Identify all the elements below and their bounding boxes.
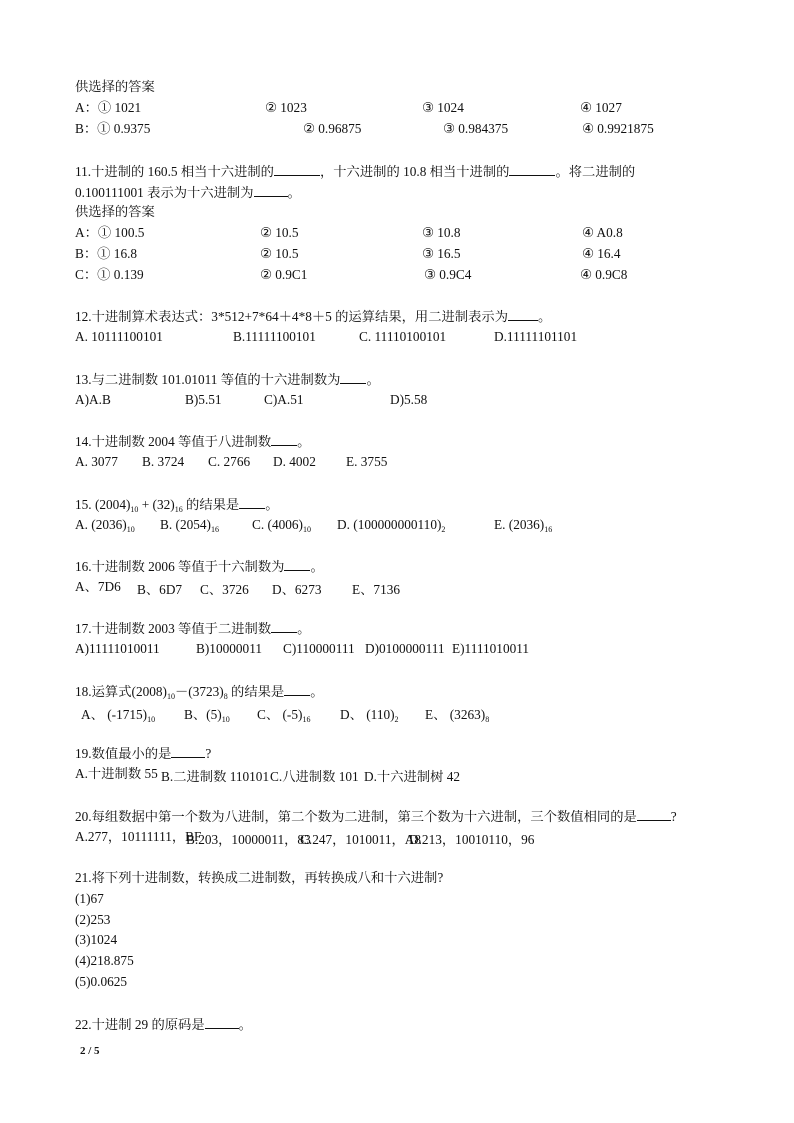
row-prefix: A： xyxy=(75,100,98,115)
option: A.十进制数 55 xyxy=(75,766,158,782)
option: C. 2766 xyxy=(208,454,250,470)
option: B.二进制数 110101 xyxy=(161,766,269,785)
option: C. 11110100101 xyxy=(359,329,446,345)
option: ③ 0.984375 xyxy=(443,121,508,137)
option: E、 (3263)8 xyxy=(425,704,489,723)
answer-blank xyxy=(340,371,366,384)
q11-row-a: A：① 100.5 xyxy=(75,225,144,241)
option: A. (2036)10 xyxy=(75,517,135,533)
question-12: 12.十进制算术表达式：3*512+7*64＋4*8＋5 的运算结果，用二进制表… xyxy=(75,308,551,325)
q11-row-c: C：① 0.139 xyxy=(75,267,144,283)
option: ① 0.9375 xyxy=(97,121,150,136)
list-item: (3)1024 xyxy=(75,932,117,948)
option: C.八进制数 101 xyxy=(270,766,359,785)
question-11-cont: 0.100111001 表示为十六进制为。 xyxy=(75,184,301,201)
option: ② 0.9C1 xyxy=(260,267,307,283)
option: B. 3724 xyxy=(142,454,184,470)
option: ② 10.5 xyxy=(260,246,299,262)
option: B、6D7 xyxy=(137,579,182,598)
option: C. (4006)10 xyxy=(252,517,311,533)
answer-choices-label: 供选择的答案 xyxy=(75,204,155,220)
answer-blank xyxy=(254,184,288,197)
option: E、7136 xyxy=(352,579,400,598)
option: ④ 16.4 xyxy=(582,246,621,262)
answer-blank xyxy=(239,496,265,509)
option: A、7D6 xyxy=(75,579,121,595)
option: ④ A0.8 xyxy=(582,225,623,241)
option: D. (100000000110)2 xyxy=(337,517,445,533)
option: C.247，1010011，A8 xyxy=(300,829,421,848)
option: B. (2054)16 xyxy=(160,517,219,533)
q10-row-b: B：① 0.9375 xyxy=(75,121,150,137)
question-22: 22.十进制 29 的原码是。 xyxy=(75,1016,252,1033)
option: D、6273 xyxy=(272,579,322,598)
answer-blank xyxy=(271,433,297,446)
list-item: (5)0.0625 xyxy=(75,974,127,990)
option: ③ 1024 xyxy=(422,100,464,116)
option: B)10000011 xyxy=(196,641,262,657)
option: C)110000111 xyxy=(283,641,355,657)
option: B、(5)10 xyxy=(184,704,230,723)
question-17: 17.十进制数 2003 等值于二进制数。 xyxy=(75,620,310,637)
option: A.277，10111111，BF xyxy=(75,829,201,845)
option: ② 10.5 xyxy=(260,225,299,241)
list-item: (2)253 xyxy=(75,912,110,928)
row-prefix: B： xyxy=(75,121,97,136)
answer-choices-label: 供选择的答案 xyxy=(75,79,155,95)
option: A、 (-1715)10 xyxy=(81,704,155,723)
question-13: 13.与二进制数 101.01011 等值的十六进制数为。 xyxy=(75,371,380,388)
question-14: 14.十进制数 2004 等值于八进制数。 xyxy=(75,433,310,450)
option: C、3726 xyxy=(200,579,249,598)
option: ③ 16.5 xyxy=(422,246,461,262)
option: A)A.B xyxy=(75,392,111,408)
option: D.十六进制树 42 xyxy=(364,766,460,785)
option: A. 10111100101 xyxy=(75,329,163,345)
option: D)0100000111 xyxy=(365,641,445,657)
answer-blank xyxy=(284,558,310,571)
list-item: (1)67 xyxy=(75,891,104,907)
option: E. (2036)16 xyxy=(494,517,552,533)
option: E)1111010011 xyxy=(452,641,529,657)
option: ② 0.96875 xyxy=(303,121,361,137)
option: B.11111100101 xyxy=(233,329,316,345)
option: A)11111010011 xyxy=(75,641,160,657)
list-item: (4)218.875 xyxy=(75,953,134,969)
question-20: 20.每组数据中第一个数为八进制，第二个数为二进制，第三个数为十六进制，三个数值… xyxy=(75,808,677,825)
page-number: 2 / 5 xyxy=(80,1045,100,1057)
option: ① 1021 xyxy=(98,100,141,115)
answer-blank xyxy=(284,683,310,696)
q11-row-b: B：① 16.8 xyxy=(75,246,137,262)
option: C、 (-5)16 xyxy=(257,704,310,723)
question-21: 21.将下列十进制数，转换成二进制数，再转换成八和十六进制? xyxy=(75,870,443,886)
question-16: 16.十进制数 2006 等值于十六制数为。 xyxy=(75,558,324,575)
option: D、 (110)2 xyxy=(340,704,399,723)
option: D)5.58 xyxy=(390,392,427,408)
answer-blank xyxy=(274,163,320,176)
option: C)A.51 xyxy=(264,392,304,408)
answer-blank xyxy=(637,808,671,821)
option: ④ 0.9921875 xyxy=(582,121,654,137)
option: ③ 10.8 xyxy=(422,225,461,241)
option: A. 3077 xyxy=(75,454,118,470)
answer-blank xyxy=(205,1016,239,1029)
answer-blank xyxy=(271,620,297,633)
question-15: 15. (2004)10 + (32)16 的结果是。 xyxy=(75,496,279,513)
option: ② 1023 xyxy=(265,100,307,116)
option: ③ 0.9C4 xyxy=(424,267,471,283)
option: E. 3755 xyxy=(346,454,387,470)
option: ④ 0.9C8 xyxy=(580,267,627,283)
answer-blank xyxy=(508,308,538,321)
answer-blank xyxy=(509,163,555,176)
option: D.11111101101 xyxy=(494,329,577,345)
answer-blank xyxy=(171,745,205,758)
option: B.203，10000011，83 xyxy=(186,829,311,848)
question-18: 18.运算式(2008)10－(3723)8 的结果是。 xyxy=(75,683,324,700)
option: ④ 1027 xyxy=(580,100,622,116)
question-19: 19.数值最小的是? xyxy=(75,745,211,762)
q10-row-a: A：① 1021 xyxy=(75,100,141,116)
option: D.213，10010110，96 xyxy=(409,829,534,848)
question-11: 11.十进制的 160.5 相当十六进制的，十六进制的 10.8 相当十进制的。… xyxy=(75,163,635,180)
option: D. 4002 xyxy=(273,454,316,470)
option: B)5.51 xyxy=(185,392,222,408)
